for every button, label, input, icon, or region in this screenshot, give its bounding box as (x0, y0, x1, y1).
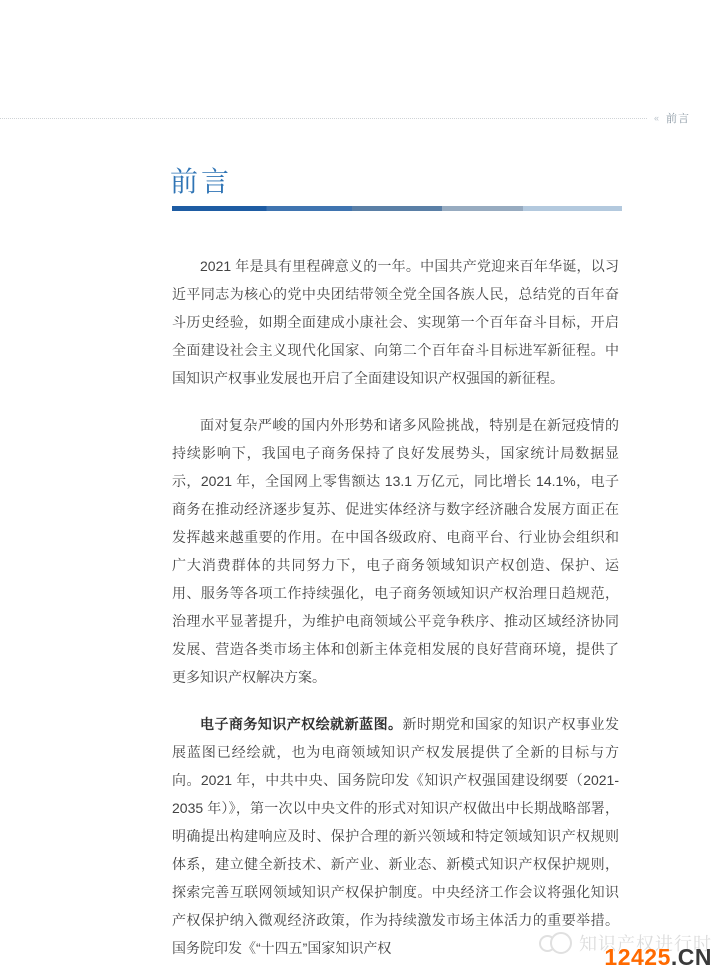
paragraph-3-bold-lead: 电子商务知识产权绘就新蓝图。 (200, 716, 403, 732)
watermark-domain-number: 12425 (604, 944, 670, 970)
watermark-domain-tld: .CN (671, 944, 712, 970)
paragraph-3: 电子商务知识产权绘就新蓝图。新时期党和国家的知识产权事业发展蓝图已经绘就，也为电… (172, 710, 619, 962)
paragraph-3-body: 新时期党和国家的知识产权事业发展蓝图已经绘就，也为电商领域知识产权发展提供了全新… (172, 716, 619, 956)
body-content: 2021 年是具有里程碑意义的一年。中国共产党迎来百年华诞，以习近平同志为核心的… (172, 252, 619, 977)
running-header-section-label: 前言 (666, 110, 690, 126)
page-title: 前言 (170, 160, 232, 200)
paragraph-1: 2021 年是具有里程碑意义的一年。中国共产党迎来百年华诞，以习近平同志为核心的… (172, 252, 619, 392)
chevron-left-icon: « (654, 114, 659, 123)
header-dotted-rule (0, 118, 647, 119)
watermark-domain: 12425.CN (538, 944, 712, 971)
title-gradient-rule (172, 206, 622, 211)
site-watermark: 知识产权进行时 12425.CN (538, 929, 712, 971)
paragraph-2: 面对复杂严峻的国内外形势和诸多风险挑战，特别是在新冠疫情的持续影响下，我国电子商… (172, 411, 619, 691)
running-header: « 前言 (0, 110, 690, 126)
document-page: « 前言 前言 2021 年是具有里程碑意义的一年。中国共产党迎来百年华诞，以习… (0, 0, 720, 977)
page-number: I (172, 886, 619, 898)
